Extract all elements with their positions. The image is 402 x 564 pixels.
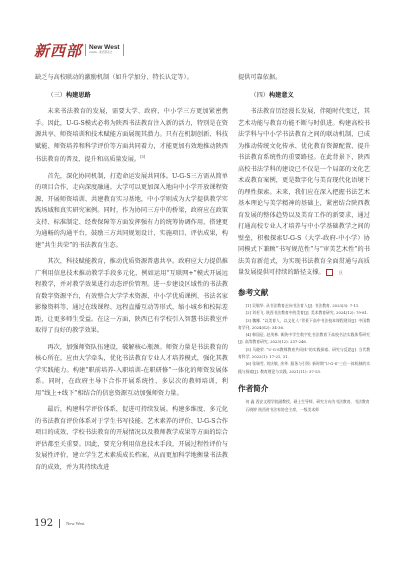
- end-of-article-icon: 区: [326, 269, 333, 276]
- logo-divider-right: [123, 44, 124, 56]
- author-bio: 石晓婷 陕西省书法家协会主席，一级美术师: [238, 406, 370, 413]
- footer-brand: New West: [66, 521, 84, 526]
- paragraph: 再次，加强师资队伍建设，破解核心瓶颈。师资力量是书法教育的核心所在。应由大学牵头…: [35, 342, 228, 400]
- page-number: 192: [34, 518, 53, 529]
- right-column: 提供可靠依据。 （四）构建意义 书法教育历经漫长发展，伴随时代变迁，其艺术功能与…: [238, 72, 370, 413]
- paragraph-text: 书法教育历经漫长发展，伴随时代变迁，其艺术功能与教育功能不断与时俱进。构建高校书…: [238, 108, 370, 276]
- reference-item: [3] 魏娜. “以美育人，以文化人”背景下高中书法校本课程建设[J]. 中国教…: [238, 317, 370, 332]
- lead-paragraph: 提供可靠依据。: [238, 72, 370, 84]
- author-bio: 何 鑫 西安文理学院副教授，硕士生导师，研究方向为书法教育、书法教育: [238, 398, 370, 405]
- paragraph: 最后，构建科学评价体系，促进可持续发展。构建多维度、多元化的书法教育评价体系对于…: [35, 404, 228, 473]
- logo-english-block: New West xinxibu · 新西部杂志: [89, 45, 120, 55]
- logo-chinese: 新西部: [34, 40, 82, 61]
- masthead: 新西部 New West xinxibu · 新西部杂志: [34, 40, 127, 60]
- section-heading-4: （四）构建意义: [238, 90, 370, 102]
- paragraph-text: 未来书法教育的发展，需要大学、政府、中小学三方更加紧密携手。因此，U-G-S模式…: [35, 108, 228, 163]
- page-footer: 192 New West: [34, 518, 85, 529]
- author-heading: 作者简介: [238, 383, 370, 395]
- section-heading-3: （三）构建思路: [35, 90, 228, 102]
- reference-item: [5] 马晓荣. “U-G-S教师教育共同体”的实践探索、研究与反思[J]. 当…: [238, 346, 370, 361]
- section-title: 构建意义: [269, 92, 294, 99]
- paragraph: 未来书法教育的发展，需要大学、政府、中小学三方更加紧密携手。因此，U-G-S模式…: [35, 106, 228, 166]
- paragraph: 首先，深化协同机制，打造命运发展共同体。U-G-S三方需从简单的项目合作，走向深…: [35, 171, 228, 252]
- reference-item: [6] 张瑞雪, 刘庆敏, 余华. 服务与引领: 新时期“U-G-S”三位一体机…: [238, 360, 370, 375]
- logo-divider: [85, 44, 86, 56]
- section-number: （三）: [47, 92, 66, 99]
- paragraph: 书法教育历经漫长发展，伴随时代变迁，其艺术功能与教育功能不断与时俱进。构建高校书…: [238, 106, 370, 279]
- reference-item: [4] 韩国征, 赵茂林. 新陕中学生数字化书法教育下高校书法实践体系研究[J]…: [238, 331, 370, 346]
- references-heading: 参考文献: [238, 287, 370, 299]
- lead-paragraph: 缺乏与高校联动的激励机制（如升学加分、特长认定等）。: [35, 72, 228, 84]
- footer-divider: [59, 519, 60, 528]
- reference-item: [1] 吴敏华. 从书法教育走向书法育人[J]. 书法教育, 2023(3): …: [238, 302, 370, 309]
- reference-item: [2] 刘若飞. 陕西书法教育中的美育[J]. 美术教育研究, 2024(12)…: [238, 309, 370, 316]
- section-number: （四）: [250, 92, 269, 99]
- section-title: 构建思路: [66, 92, 91, 99]
- logo-subtitle: xinxibu · 新西部杂志: [89, 52, 120, 55]
- left-column: 缺乏与高校联动的激励机制（如升学加分、特长认定等）。 （三）构建思路 未来书法教…: [35, 72, 228, 473]
- paragraph: 其次，科技赋能教育，推动优质资源普惠共享。政府应大力提倡推广利用信息技术推动教学…: [35, 256, 228, 337]
- citation-note: [5]: [140, 155, 145, 159]
